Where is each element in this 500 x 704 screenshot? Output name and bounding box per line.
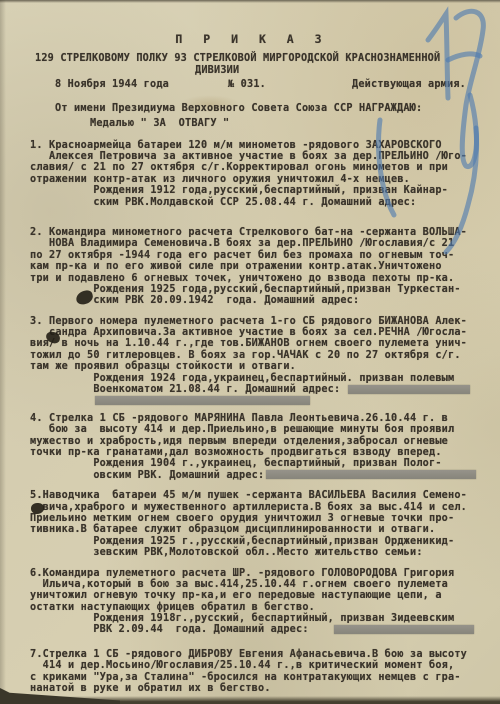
document-body: П Р И К А З 129 СТРЕЛКОВОМУ ПОЛКУ 93 СТР…	[30, 26, 474, 703]
order-item-line: вича,храброго и мужественного артиллерис…	[30, 502, 474, 513]
order-item-line: там же проявил образцы стойкости и отваг…	[30, 361, 474, 372]
order-item-5: 5.Наводчика батареи 45 м/м пушек -сержан…	[30, 490, 474, 558]
order-item-line: славия/ с 21 по 27 октября с/г.Корректир…	[30, 162, 474, 173]
order-item-line: 1. Красноармейца батареи 120 м/м миномет…	[30, 140, 474, 151]
order-item-line: ским РВК.Молдавской ССР 25.08.44 г. Дома…	[30, 197, 474, 208]
order-item-line: Рождения 1924 года,украинец,беспартийный…	[30, 373, 474, 384]
order-item-line: овским РВК. Домашний адрес:	[30, 470, 474, 481]
order-item-line	[30, 395, 474, 406]
order-item-line: кам пр-ка и по его живой силе при отраже…	[30, 261, 474, 272]
order-item-7: 7.Стрелка 1 СБ -рядового ДИБРОВУ Евгения…	[30, 649, 474, 695]
order-item-line: 6.Командира пулеметного расчета ШР. -ряд…	[30, 568, 474, 579]
date-row: 8 Ноября 1944 года № 031. Действующая ар…	[30, 79, 474, 92]
order-item-line: РВК 2.09.44 года. Домашний адрес:	[30, 624, 474, 635]
order-item-line: 7.Стрелка 1 СБ -рядового ДИБРОВУ Евгения…	[30, 649, 474, 660]
redaction-bar	[95, 396, 310, 405]
order-item-line: отражении контр-атак из личного оружия у…	[30, 174, 474, 185]
addressee-line: 129 СТРЕЛКОВОМУ ПОЛКУ 93 СТРЕЛКОВОЙ МИРГ…	[35, 53, 474, 64]
scan-edge-top	[0, 0, 500, 3]
order-item-line: по 27 октября -1944 года его расчет бил …	[30, 250, 474, 261]
order-item-1: 1. Красноармейца батареи 120 м/м миномет…	[30, 140, 474, 208]
order-item-line: Рождения 1904 г.,украинец, беспартийный,…	[30, 458, 474, 469]
order-item-3: 3. Первого номера пулеметного расчета 1-…	[30, 316, 474, 407]
preamble: От имени Президиума Верховного Совета Со…	[55, 103, 474, 114]
order-item-line: остатки наступающих фрицев обратил в бег…	[30, 602, 474, 613]
addressee-line-division: ДИВИЗИИ	[195, 65, 474, 76]
order-item-line: Рождения 1925 г.,русский,беспартийный,пр…	[30, 536, 474, 547]
order-number: № 031.	[228, 79, 266, 90]
order-item-line: Рождения 1912 года,русский,беспартийный,…	[30, 185, 474, 196]
order-item-line: Алексея Петровича за активное участие в …	[30, 151, 474, 162]
order-item-line: 5.Наводчика батареи 45 м/м пушек -сержан…	[30, 490, 474, 501]
order-item-2: 2. Командира минометного расчета Стрелко…	[30, 227, 474, 307]
order-item-line: Ильича,который в бою за выс.414,25.10.44…	[30, 579, 474, 590]
order-item-line: 414 и дер.Мосьино/Югославия/25.10.44 г.,…	[30, 660, 474, 671]
order-item-line: 4. Стрелка 1 СБ -рядового МАРЯНИНА Павла…	[30, 413, 474, 424]
order-item-line: точки пр-ка гранатами,дал возможность пр…	[30, 447, 474, 458]
order-item-line: мужество и храбрость,идя первым впереди …	[30, 436, 474, 447]
order-date: 8 Ноября 1944 года	[55, 79, 169, 90]
army-note: Действующая армия.	[352, 79, 466, 90]
order-item-line: ским РВК 20.09.1942 года. Домашний адрес…	[30, 295, 474, 306]
order-item-line: тожил до 50 гитлеровцев. В боях за гор.Ч…	[30, 350, 474, 361]
order-item-line: уничтожил огневую точку пр-ка,и его пере…	[30, 590, 474, 601]
redaction-bar	[266, 470, 476, 479]
redaction-bar	[334, 625, 474, 634]
order-item-4: 4. Стрелка 1 СБ -рядового МАРЯНИНА Павла…	[30, 413, 474, 481]
order-item-6: 6.Командира пулеметного расчета ШР. -ряд…	[30, 568, 474, 636]
order-item-line: три и подавлено 6 огневых точек, уничтож…	[30, 273, 474, 284]
order-item-line: бою за высоту 414 и дер.Приельино,в реша…	[30, 424, 474, 435]
order-items: 1. Красноармейца батареи 120 м/м миномет…	[30, 140, 474, 695]
order-item-line: Приельино метким огнем своего орудия уни…	[30, 513, 474, 524]
order-item-line: вия/ в ночь на 1.10.44 г.,где тов.БИЖАНО…	[30, 338, 474, 349]
order-item-line: Рождения 1925 года,русский,беспартийный,…	[30, 284, 474, 295]
order-item-line: Рождения 1918г.,русский, беспартийный, п…	[30, 613, 474, 624]
order-item-line: с криками "Ура,за Сталина" -бросился на …	[30, 672, 474, 683]
scanned-order-page: П Р И К А З 129 СТРЕЛКОВОМУ ПОЛКУ 93 СТР…	[0, 0, 500, 704]
order-item-line: 2. Командира минометного расчета Стрелко…	[30, 227, 474, 238]
order-item-line: 3. Первого номера пулеметного расчета 1-…	[30, 316, 474, 327]
order-item-line: сандра Архиповича.За активное участие в …	[30, 327, 474, 338]
order-item-line: тивника.В батарее служит образцом дисцип…	[30, 524, 474, 535]
award-medal-line: Медалью " ЗА ОТВАГУ "	[90, 118, 474, 129]
order-item-line: нанатой в руке и обратил их в бегство.	[30, 683, 474, 694]
scan-edge-left	[0, 0, 6, 704]
order-item-line: НОВА Владимира Семеновича.В боях за дер.…	[30, 238, 474, 249]
redaction-bar	[348, 385, 470, 394]
order-item-line: зевским РВК,Молотовской обл..Место жител…	[30, 547, 474, 558]
order-item-line: Военкоматом 21.08.44 г. Домашний адрес:	[30, 384, 474, 395]
document-title: П Р И К А З	[30, 34, 474, 45]
